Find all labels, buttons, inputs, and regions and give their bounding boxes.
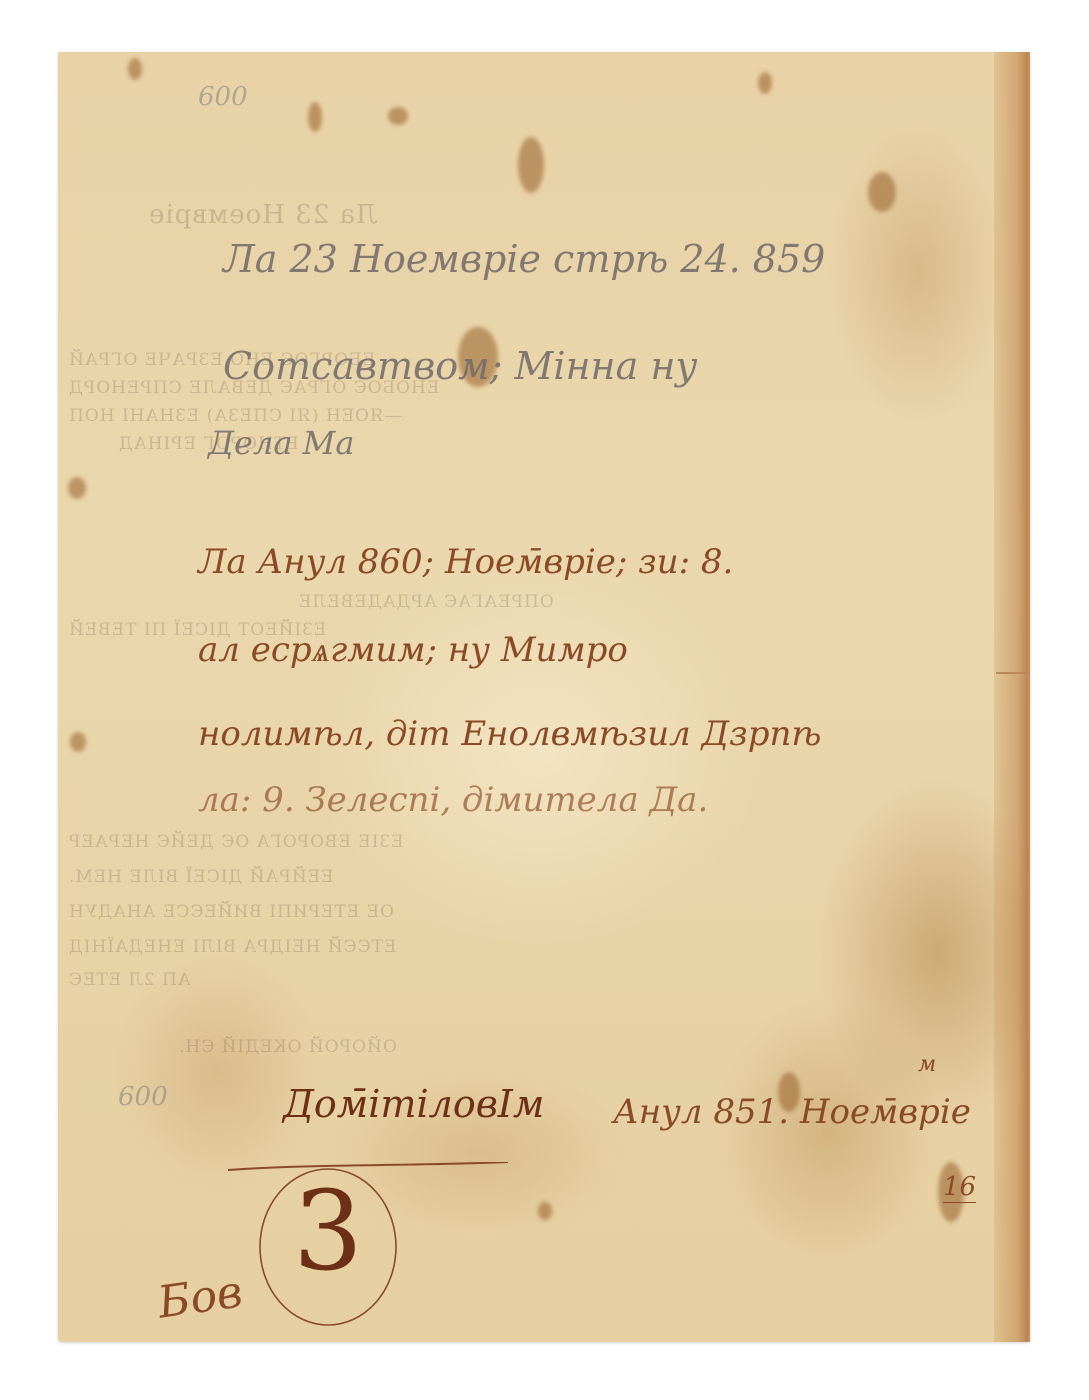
bleed-print-line: ОПРЕАГАЄ АРДАДЕВЕЛЕ (298, 592, 554, 612)
manuscript-page: 600 600 Ла 23 Ноемвріе ЕБОРГОЄ ЕНО ЕЗРАЧ… (58, 52, 1030, 1342)
ink-line-4: ла: 9. Зелеспі, дімитела Да. (198, 780, 708, 820)
stain (388, 107, 408, 125)
stain (758, 72, 772, 94)
pencil-number-left: 600 (118, 1082, 168, 1112)
bleed-print-line: ЕЕЙРАЙ ДІСЕЇ ВІЛЕ НЕМ. (68, 867, 334, 887)
pencil-note-line-3: Дела Ма (208, 424, 354, 462)
stain (308, 102, 322, 132)
stain (538, 1202, 552, 1220)
bleed-print-line: —ЯОЕН (ЯІ СПЕЗА) ЕЗНАНІ НОП (68, 406, 402, 426)
pencil-note-line-1: Ла 23 Ноемвріе стрѣ 24. 859 (223, 237, 825, 281)
stain (68, 477, 86, 499)
stain (518, 137, 544, 193)
pencil-note-line-2: Сотсавтвом; Мінна ну (223, 344, 697, 388)
stain (868, 172, 896, 212)
binding-fold (996, 672, 1030, 674)
ink-line-2: ал есрѧгмим; ну Мимро (198, 630, 628, 670)
large-numeral: 3 (293, 1167, 363, 1295)
pencil-number-top: 600 (198, 82, 248, 112)
underline-flourish (218, 1162, 518, 1332)
bleed-print-line: ЕЗІЕ ЕВОРОГА ОЄ ДЕЙЄ НЕРАЕР (68, 832, 404, 852)
ink-line-1: Ла Анул 860; Ноем̄вріе; зи: 8. (198, 542, 733, 582)
bleed-print-line: ЕТЄЄЙ НЕІДРА ВІЛІ ЕНЕДАЇНІД (68, 937, 396, 957)
signature: Дом̄ітіловІм (283, 1082, 544, 1126)
stain (128, 58, 142, 80)
ink-line-3: нолимѣл, діт Енолвмѣзил Дзрпѣ (198, 714, 821, 754)
day-number: 16 (943, 1172, 976, 1203)
stain (70, 732, 86, 752)
bleed-print-line: ОЕ ЕТЕРИПІ ВИЙЕЄСЕ АНАДУН (68, 902, 394, 922)
bleed-print-line: ОЙОРОЙ ОКЕДІЙ ЄН. (178, 1037, 397, 1057)
date-superscript: м (918, 1052, 936, 1077)
bleed-print-line: Ла 23 Ноемвріе (148, 200, 378, 230)
binding-edge (994, 52, 1030, 1342)
date-line: Анул 851. Ноем̄вріе (613, 1092, 971, 1132)
bleed-print-line: АП 2Л ЕТЕЄ (68, 970, 191, 990)
